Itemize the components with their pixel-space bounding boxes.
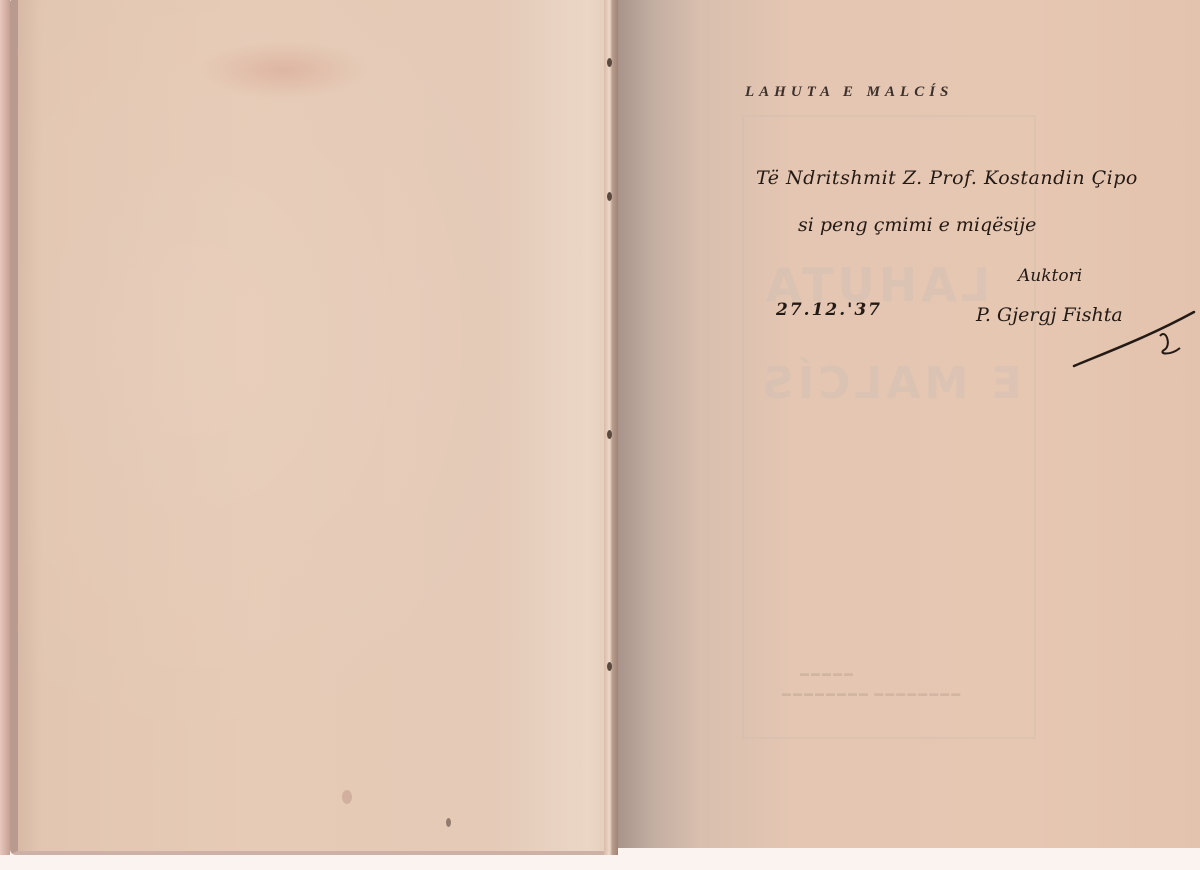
faint-imprint-line: ▬▬▬▬▬▬▬▬ ▬▬▬▬▬▬▬▬ <box>782 688 962 698</box>
dedication-line-2: si peng çmimi e miqësije <box>798 214 1036 236</box>
signature-role: Auktori <box>1018 266 1082 286</box>
binding-stitch <box>607 58 612 67</box>
binding-stitch <box>607 192 612 201</box>
signature-flourish-icon <box>1070 306 1200 376</box>
paper-spot <box>446 818 451 827</box>
inscription-date: 27.12.'37 <box>776 300 882 320</box>
binding-stitch <box>607 430 612 439</box>
book-left-edge <box>0 0 10 855</box>
paper-spot <box>342 790 352 804</box>
book-spine <box>604 0 618 855</box>
running-title: LAHUTA E MALCÍS <box>745 84 953 101</box>
dedication-line-1: Të Ndritshmit Z. Prof. Kostandin Çipo <box>756 167 1138 189</box>
show-through-subtitle: E MALCÍS <box>758 358 1022 409</box>
show-through-frame <box>742 115 1036 739</box>
faint-imprint-line: ▬▬▬▬▬ <box>800 668 855 678</box>
binding-stitch <box>607 662 612 671</box>
book-scan: LAHUTA E MALCÍS LAHUTA E MALCÍS Të Ndrit… <box>0 0 1200 870</box>
left-page <box>10 0 612 855</box>
paper-stain <box>198 40 368 100</box>
